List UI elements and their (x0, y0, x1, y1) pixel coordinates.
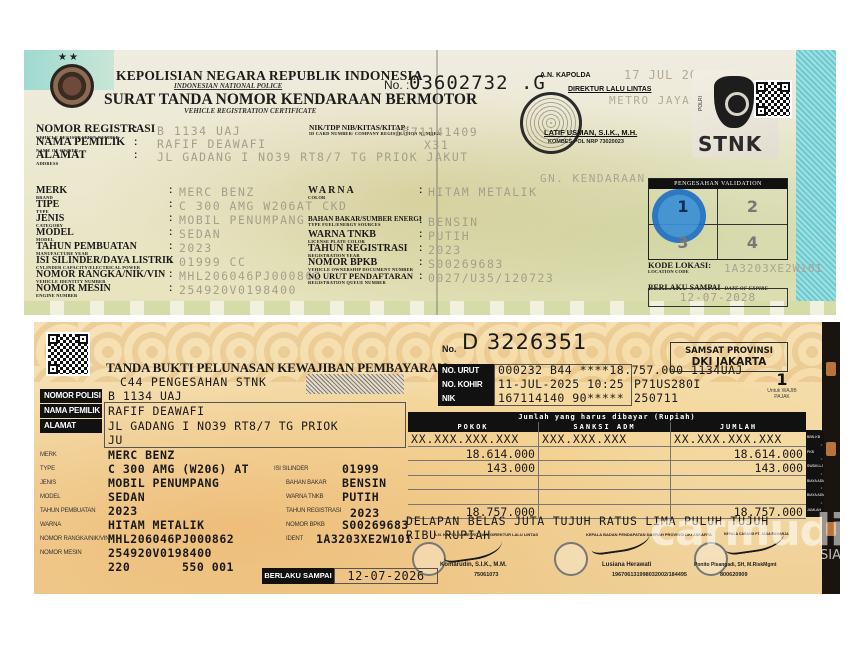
column-sanksi: SANKSI ADM (538, 422, 670, 432)
registration-number: B 1134 UAJ (157, 124, 241, 138)
column-pokok: POKOK (408, 422, 538, 432)
validation-cell-4: 4 (718, 225, 787, 260)
certificate-title-en: VEHICLE REGISTRATION CERTIFICATE (184, 107, 316, 115)
label-brand: MERK (40, 452, 57, 458)
nik-extra: 250711 (634, 391, 679, 405)
engine-number: 254920V0198400 (179, 283, 297, 297)
stars-icon: ★★ (58, 52, 80, 63)
payment-table-header: Jumlah yang harus dibayar (Rupiah) POKOK… (408, 412, 806, 432)
label-police-number: NOMOR POLISI (40, 389, 102, 403)
stnk-card: ★★ KEPOLISIAN NEGARA REPUBLIK INDONESIA … (24, 50, 836, 315)
registration-year: 2023 (428, 243, 462, 257)
owner-box (104, 402, 406, 448)
gn-kendaraan: GN. KENDARAAN (540, 172, 646, 185)
address: JL GADANG I NO39 RT8/7 TG PRIOK JAKUT (157, 150, 469, 164)
org-title-en: INDONESIAN NATIONAL POLICE (174, 82, 282, 90)
owner-name: RAFIF DEAWAFI (157, 137, 267, 151)
plate-color: PUTIH (342, 490, 379, 504)
cylinder: 01999 (342, 462, 379, 476)
label-engine-number: NOMOR MESIN (40, 550, 81, 556)
label-vin: NOMOR RANGKA/NIK/VIN (40, 536, 109, 542)
document-number: 03602732 .G (409, 72, 546, 94)
table-row: 18.614.00018.614.000 (408, 447, 806, 462)
validation-cell-3: 3 (649, 225, 718, 260)
fuel: BENSIN (428, 215, 479, 229)
issuer-signatory: LATIF USMAN, S.I.K., M.H. (544, 128, 637, 137)
barcode-hatch (306, 374, 404, 394)
qr-code-icon (46, 332, 90, 376)
unit-number: 1 (760, 372, 804, 388)
brand: MERC BENZ (179, 185, 255, 199)
table-row: XX.XXX.XXX.XXXXXX.XXX.XXXXX.XXX.XXX.XXX (408, 432, 806, 447)
validation-cell-1: 1 (649, 189, 718, 225)
id-number: 1671141409 (394, 125, 478, 139)
security-pattern-right (796, 50, 836, 315)
expiry-date: 12-07-2026 (334, 568, 438, 584)
receipt-code: C44 PENGESAHAN STNK (120, 375, 267, 389)
shield-icon (714, 76, 754, 128)
issue-region: METRO JAYA (609, 94, 690, 107)
column-jumlah: JUMLAH (670, 422, 806, 432)
type: C 300 AMG (W206) AT (108, 462, 249, 476)
hologram-side-text: POLRI (698, 96, 704, 111)
row-label: SWDKLLJ (806, 459, 824, 474)
watermark-sub: SIA (820, 548, 841, 563)
label-cylinder: ISI SILINDER (274, 466, 308, 472)
label-color: WARNA (40, 522, 61, 528)
cylinder: 01999 CC (179, 255, 246, 269)
label-nik: NIK (438, 392, 494, 406)
fuel: BENSIN (342, 476, 387, 490)
category: MOBIL PENUMPANG (179, 213, 305, 227)
validation-box: PENGESAHAN VALIDATION 1 2 3 4 (648, 178, 788, 260)
location-code: 1A3203XE2W10I (724, 262, 823, 275)
row-label: BIAYA ADM.STNK (806, 474, 824, 489)
label-registration-year: TAHUN REGISTRASI (286, 508, 341, 514)
label-manufacture-year: TAHUN PEMBUATAN (40, 508, 95, 514)
label-location-code: KODE LOKASI:LOCATION CODE (648, 261, 711, 274)
kohir-code: P71US280I (634, 377, 701, 391)
label-queue-number: NO URUT PENDAFTARANREGISTRATION QUEUE NU… (308, 272, 413, 285)
label-color: WARNACOLOR (308, 186, 356, 201)
label-address: ALAMAT (40, 419, 102, 433)
row-label: PKB (806, 445, 824, 460)
model: SEDAN (179, 227, 221, 241)
label-type: TYPE (40, 466, 55, 472)
label-expiry: BERLAKU SAMPAI (262, 568, 334, 584)
unit-label: Untuk WAJIB PAJAK (760, 388, 804, 400)
engine-number: 254920V0198400 (108, 546, 212, 560)
watermark-logo: carmudi (650, 505, 844, 556)
receipt-number-label: No. (442, 344, 457, 354)
payment-row-labels: BBN-KB PKB SWDKLLJ BIAYA ADM.STNK BIAYA … (806, 430, 824, 517)
ident: 1A3203XE2W10I (316, 532, 413, 546)
label-model: MODEL (40, 494, 60, 500)
signature-block-1: A.N. KAPOLDA METRO JAYA DIREKTUR LALU LI… (434, 532, 538, 537)
manufacture-year: 2023 (179, 241, 213, 255)
samsat-line1: SAMSAT PROVINSI (671, 346, 787, 356)
brand: MERC BENZ (108, 448, 175, 462)
manufacture-year: 2023 (108, 504, 138, 518)
label-no-kohir: NO. KOHIR (438, 378, 494, 392)
label-ident: IDENT (286, 536, 303, 542)
extra-code-a: 220 (108, 560, 130, 574)
table-row: 143.000143.000 (408, 461, 806, 476)
label-bpkb-number: NOMOR BPKB (286, 522, 325, 528)
meta-box (494, 364, 632, 406)
bpkb-number: S00269683 (428, 257, 504, 271)
validation-cell-2: 2 (718, 189, 787, 225)
row-label: BIAYA ADM.TNKB (806, 488, 824, 503)
label-fuel: BAHAN BAKAR/SUMBER ENERGITYPE FUEL/ENERG… (308, 216, 422, 228)
seal-icon (554, 542, 588, 576)
color: HITAM METALIK (108, 518, 205, 532)
issuer-line1: A.N. KAPOLDA (540, 72, 591, 79)
category: MOBIL PENUMPANG (108, 476, 219, 490)
receipt-number: D 3226351 (462, 330, 587, 354)
payment-heading: Jumlah yang harus dibayar (Rupiah) (408, 412, 806, 422)
model: SEDAN (108, 490, 145, 504)
expiry-date: 12-07-2028 (648, 288, 788, 307)
extra-code-b: 550 001 (182, 560, 234, 574)
id-number-suffix: X31 (424, 138, 449, 152)
color: HITAM METALIK (428, 185, 538, 199)
label-owner-name: NAMA PEMILIK (40, 404, 102, 418)
label-category: JENIS (40, 480, 56, 486)
label-fuel: BAHAN BAKAR (286, 480, 326, 486)
police-number: B 1134 UAJ (108, 389, 182, 403)
row-label: BBN-KB (806, 430, 824, 445)
type: C 300 AMG W206AT CKD (179, 199, 347, 213)
vin: MHL206046PJ000862 (179, 269, 322, 283)
validation-title: PENGESAHAN VALIDATION (649, 179, 787, 189)
plate-color: PUTIH (428, 229, 470, 243)
table-row (408, 490, 806, 505)
unit-badge: 1 Untuk WAJIB PAJAK (760, 372, 804, 400)
label-engine-number: NOMOR MESINENGINE NUMBER (36, 284, 111, 299)
bpkb-number: S00269683 (342, 518, 409, 532)
table-row (408, 476, 806, 491)
label-address: ALAMATADDRESS (36, 150, 86, 166)
police-emblem-icon (50, 64, 94, 108)
issuer-rank: KOMBES POL NRP 73020023 (548, 139, 624, 145)
issuer-line2: DIREKTUR LALU LINTAS (568, 86, 651, 93)
document-number-label: No. : (384, 78, 409, 92)
hologram-label: STNK (698, 132, 762, 156)
label-no-urut: NO. URUT (438, 364, 494, 378)
queue-number: 0027/U35/120723 (428, 271, 554, 285)
qr-code-icon (754, 80, 792, 118)
vin: MHL206046PJ000862 (108, 532, 234, 546)
label-plate-color: WARNA TNKB (286, 494, 323, 500)
